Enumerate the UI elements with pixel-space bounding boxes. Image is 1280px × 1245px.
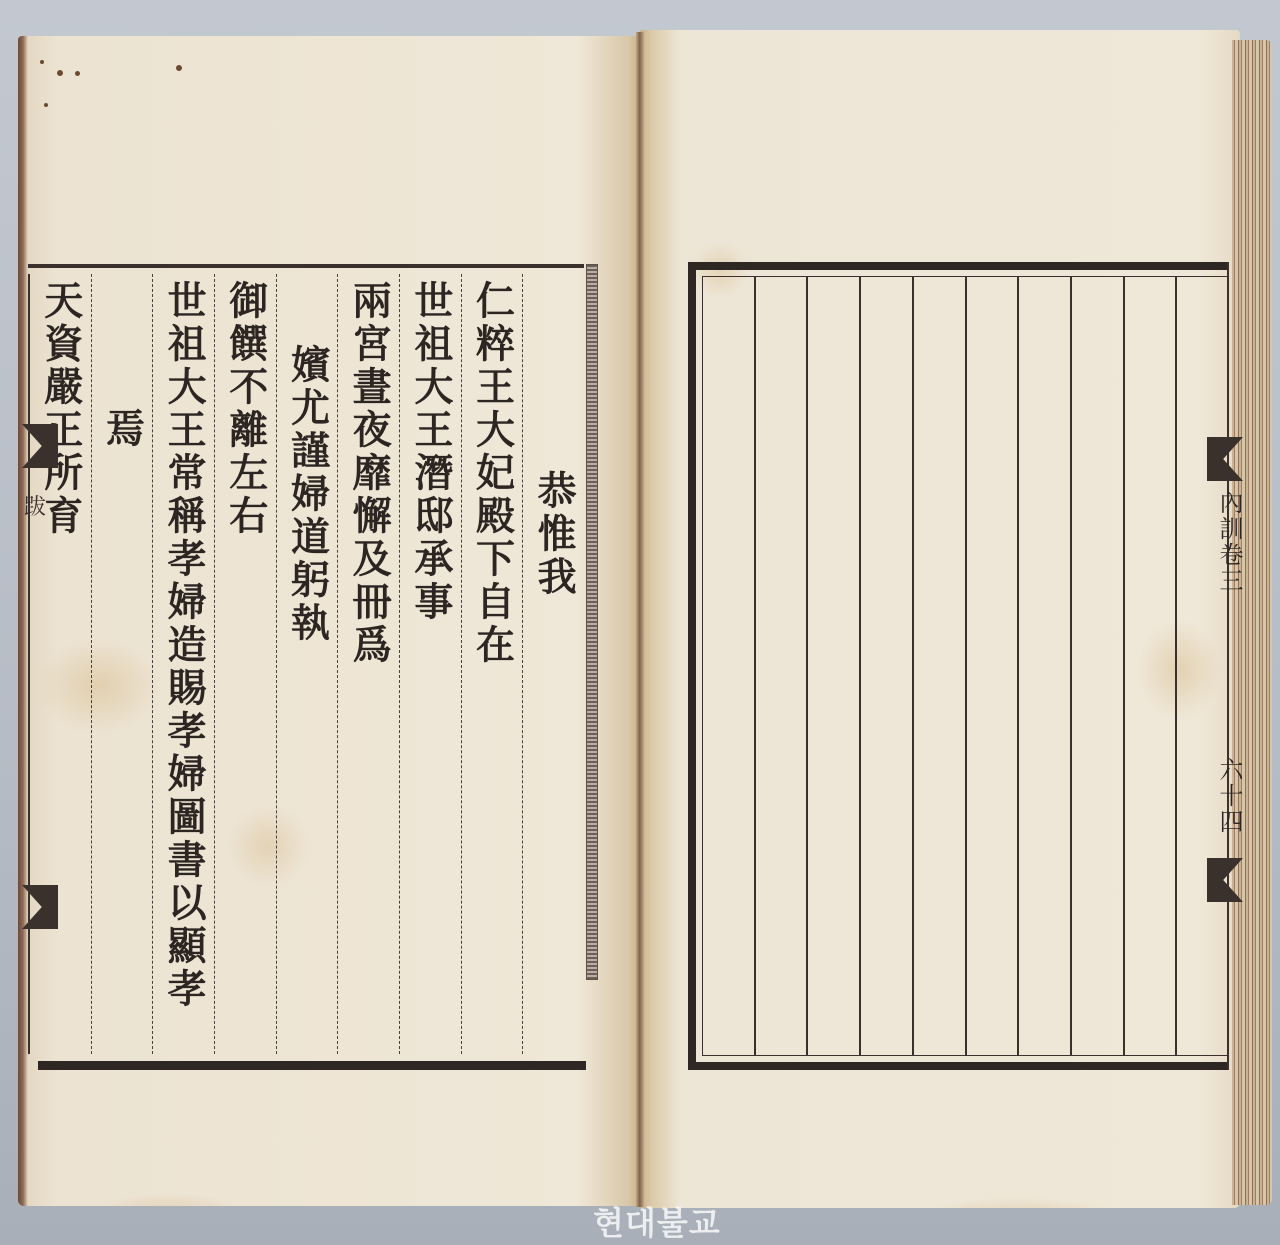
page-number: 六十四 bbox=[1212, 757, 1247, 835]
frame-center-rule bbox=[586, 264, 598, 980]
frame-bottom-border bbox=[38, 1061, 586, 1070]
ruled-columns bbox=[702, 276, 1228, 1056]
text-column: 兩宮晝夜靡懈及冊爲 bbox=[337, 274, 399, 1054]
ruled-column bbox=[1019, 277, 1072, 1055]
foxing-spot bbox=[57, 70, 63, 76]
text-column: 御饌不離左右 bbox=[214, 274, 276, 1054]
edge-mark: 跋 bbox=[24, 490, 46, 521]
text-column: 世祖大王常稱孝婦造賜孝婦圖書以顯孝 bbox=[152, 274, 214, 1054]
ruled-column bbox=[808, 277, 861, 1055]
column-text: 兩宮晝夜靡懈及冊爲 bbox=[349, 280, 388, 667]
left-text-frame: 恭惟我 仁粹王大妃殿下自在 世祖大王潛邸承事 兩宮晝夜靡懈及冊爲 嬪尤謹婦道躬執… bbox=[28, 264, 584, 1070]
foxing-spot bbox=[176, 65, 182, 71]
column-text: 嬪尤謹婦道躬執 bbox=[287, 344, 326, 645]
ruled-column bbox=[861, 277, 914, 1055]
center-fold-rule bbox=[1227, 262, 1229, 1070]
foxing-spot bbox=[75, 71, 80, 76]
ruled-column bbox=[703, 277, 756, 1055]
text-columns: 恭惟我 仁粹王大妃殿下自在 世祖大王潛邸承事 兩宮晝夜靡懈及冊爲 嬪尤謹婦道躬執… bbox=[28, 274, 584, 1054]
stacked-page-edges bbox=[1232, 40, 1272, 1205]
ruled-column bbox=[1072, 277, 1125, 1055]
frame-top-border bbox=[28, 264, 584, 268]
book-gutter bbox=[636, 32, 644, 1207]
ruled-column bbox=[756, 277, 809, 1055]
ruled-column bbox=[1125, 277, 1178, 1055]
column-text: 仁粹王大妃殿下自在 bbox=[472, 280, 511, 667]
volume-title: 內訓卷三 bbox=[1212, 490, 1247, 594]
column-text: 世祖大王潛邸承事 bbox=[411, 280, 450, 624]
ruled-column bbox=[914, 277, 967, 1055]
watermark: 현대불교 bbox=[593, 1198, 721, 1244]
text-column: 世祖大王潛邸承事 bbox=[399, 274, 461, 1054]
text-column: 焉 bbox=[91, 274, 153, 1054]
foxing-spot bbox=[40, 60, 44, 64]
foxing-spot bbox=[44, 103, 48, 107]
text-column: 嬪尤謹婦道躬執 bbox=[276, 274, 338, 1054]
column-text: 世祖大王常稱孝婦造賜孝婦圖書以顯孝 bbox=[164, 280, 203, 1011]
column-text: 御饌不離左右 bbox=[226, 280, 265, 538]
text-column: 天資嚴正所育 bbox=[28, 274, 91, 1054]
right-ruled-frame bbox=[688, 262, 1228, 1070]
column-text: 焉 bbox=[102, 408, 141, 451]
ruled-column bbox=[1177, 277, 1228, 1055]
ruled-column bbox=[967, 277, 1020, 1055]
column-text: 恭惟我 bbox=[534, 470, 573, 599]
text-column: 恭惟我 bbox=[522, 274, 584, 1054]
text-column: 仁粹王大妃殿下自在 bbox=[461, 274, 523, 1054]
column-text: 天資嚴正所育 bbox=[41, 280, 80, 538]
